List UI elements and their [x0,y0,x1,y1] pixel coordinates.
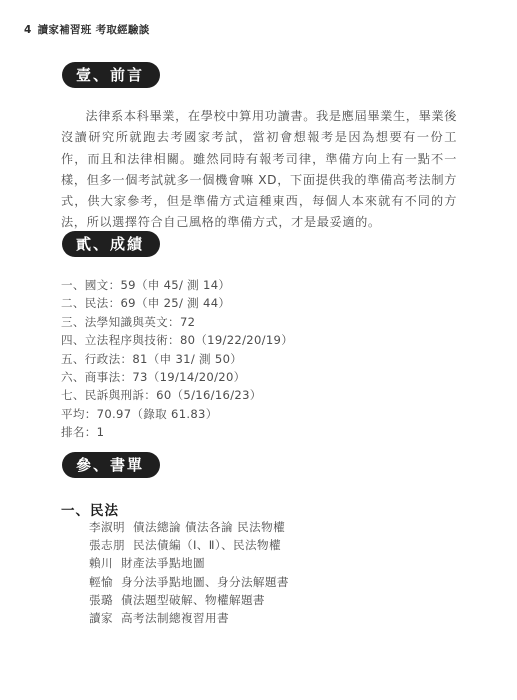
book-titles: 高考法制總複習用書 [121,611,229,625]
book-author: 張志朋 [89,538,125,552]
book-titles: 債法題型破解、物權解題書 [121,593,265,607]
score-average: 平均：70.97（錄取 61.83） [61,405,293,423]
section-heading-introduction: 壹、前言 [62,62,160,88]
book-author: 李淑明 [89,520,125,534]
book-item: 張志朋民法債編（Ⅰ、Ⅱ）、民法物權 [89,536,289,554]
book-titles: 民法債編（Ⅰ、Ⅱ）、民法物權 [133,538,281,552]
section-heading-scores: 貳、成績 [62,231,160,257]
score-item: 六、商事法：73（19/14/20/20） [61,368,293,386]
score-item: 一、國文：59（申 45/ 測 14） [61,276,293,294]
book-item: 讀家高考法制總複習用書 [89,609,289,627]
book-titles: 財產法爭點地圖 [121,556,205,570]
book-item: 輕愉身分法爭點地圖、身分法解題書 [89,573,289,591]
header-title: 讀家補習班 考取經驗談 [38,24,150,36]
book-author: 賴川 [89,556,113,570]
book-author: 輕愉 [89,575,113,589]
intro-paragraph: 法律系本科畢業，在學校中算用功讀書。我是應屆畢業生，畢業後沒讀研究所就跑去考國家… [61,106,457,234]
book-author: 張璐 [89,593,113,607]
book-list: 李淑明債法總論 債法各論 民法物權 張志朋民法債編（Ⅰ、Ⅱ）、民法物權 賴川財產… [89,518,289,627]
score-item: 三、法學知識與英文：72 [61,313,293,331]
book-titles: 債法總論 債法各論 民法物權 [133,520,285,534]
book-item: 張璐債法題型破解、物權解題書 [89,591,289,609]
book-item: 賴川財產法爭點地圖 [89,554,289,572]
book-titles: 身分法爭點地圖、身分法解題書 [121,575,289,589]
score-item: 七、民訴與刑訴：60（5/16/16/23） [61,386,293,404]
score-list: 一、國文：59（申 45/ 測 14） 二、民法：69（申 25/ 測 44） … [61,276,293,442]
page-number: 4 [24,24,32,36]
score-item: 二、民法：69（申 25/ 測 44） [61,294,293,312]
running-header: 4讀家補習班 考取經驗談 [24,22,150,37]
score-rank: 排名：1 [61,423,293,441]
score-item: 五、行政法：81（申 31/ 測 50） [61,350,293,368]
section-heading-booklist: 參、書單 [62,452,160,478]
book-author: 讀家 [89,611,113,625]
book-item: 李淑明債法總論 債法各論 民法物權 [89,518,289,536]
book-category-civil-law: 一、民法 [61,499,119,519]
score-item: 四、立法程序與技術：80（19/22/20/19） [61,331,293,349]
